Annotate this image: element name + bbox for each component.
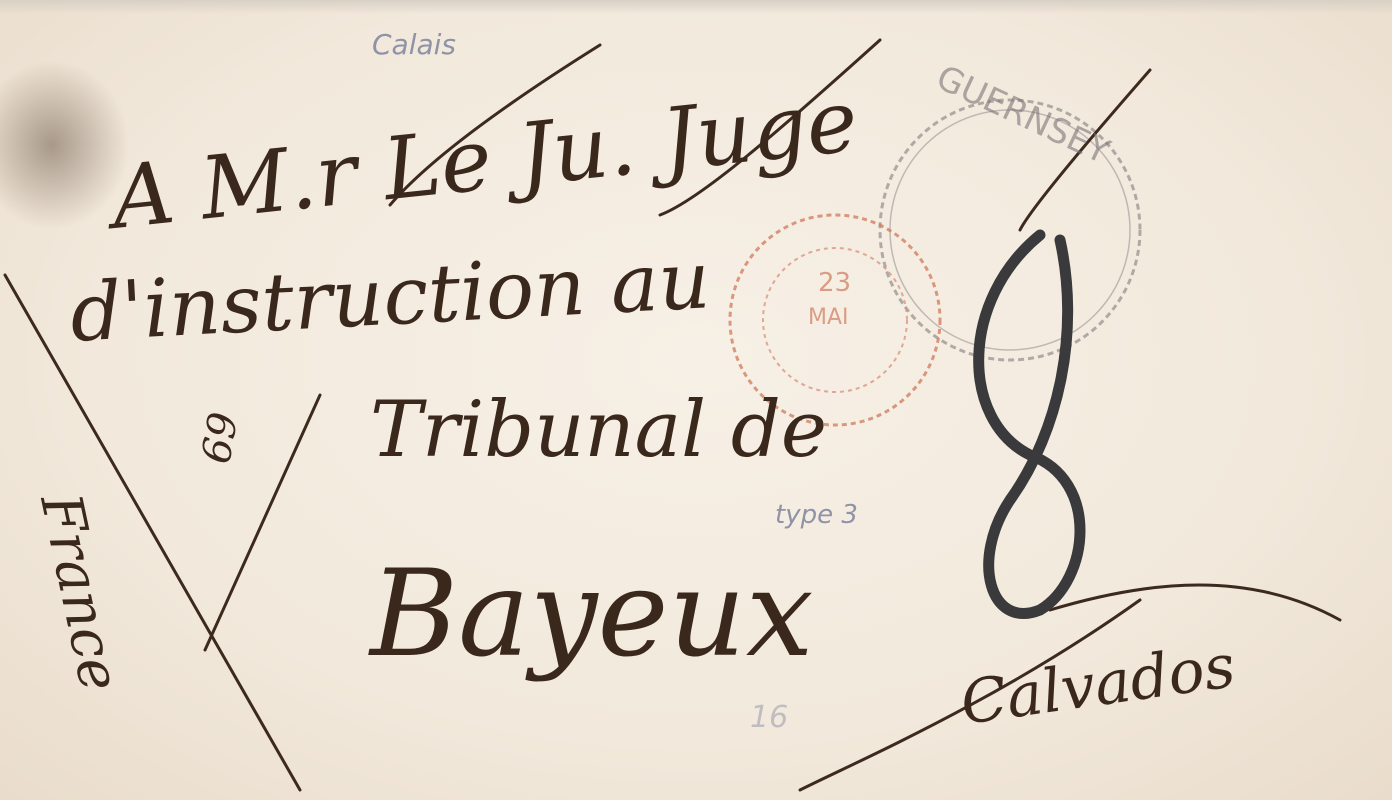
envelope: Calais type 3 16 23 MAI GUERNSEY A M.r L…	[0, 0, 1392, 800]
address-line-4: Bayeux	[370, 545, 814, 684]
small-note: 69	[193, 409, 247, 467]
postage-due-8	[979, 235, 1080, 613]
red-postmark-day: 23	[818, 268, 851, 298]
address-line-3: Tribunal de	[370, 385, 827, 475]
pencil-note-middle: type 3	[775, 500, 858, 530]
pencil-note-bottom: 16	[750, 700, 788, 735]
red-postmark-month: MAI	[808, 305, 849, 330]
pencil-note-top: Calais	[372, 28, 456, 61]
